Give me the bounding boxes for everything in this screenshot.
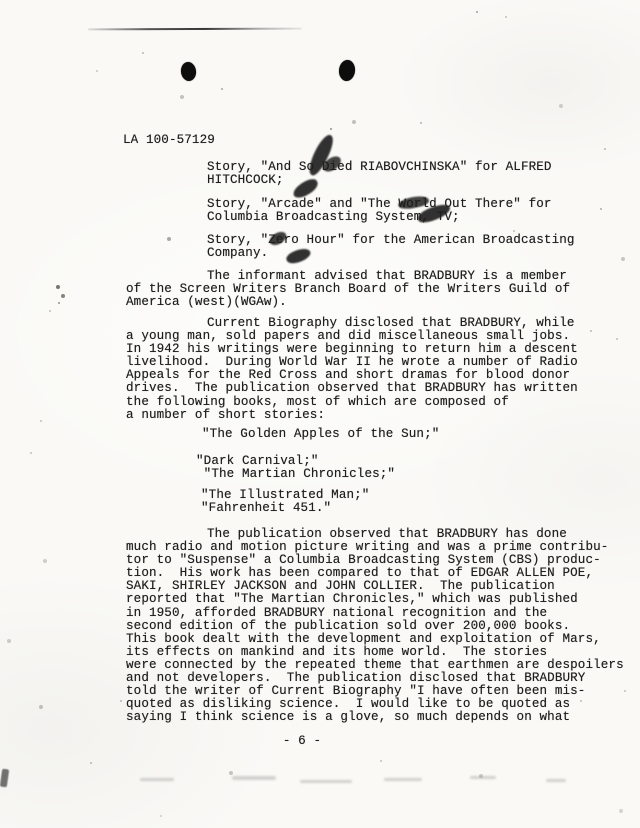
story-credit-item: Story, "And So Died RIABOVCHINSKA" for A… <box>207 161 552 187</box>
scan-smudge-band <box>470 776 496 779</box>
body-paragraph: The publication observed that BRADBURY h… <box>126 528 624 724</box>
hole-punch-dot <box>338 59 356 82</box>
scan-smudge-band <box>546 779 566 782</box>
scan-smudge-band <box>140 778 174 781</box>
hole-punch-dot <box>180 61 197 82</box>
scan-artifact-line <box>88 28 302 31</box>
body-paragraph: Current Biography disclosed that BRADBUR… <box>126 317 578 422</box>
book-list-item: "The Illustrated Man;" "Fahrenheit 451." <box>201 489 369 515</box>
body-paragraph: The informant advised that BRADBURY is a… <box>126 270 570 309</box>
book-list-item: "Dark Carnival;" "The Martian Chronicles… <box>196 455 395 481</box>
story-credit-item: Story, "Zero Hour" for the American Broa… <box>207 234 575 260</box>
scanned-document-page: LA 100-57129 Story, "And So Died RIABOVC… <box>0 0 640 828</box>
story-credit-item: Story, "Arcade" and "The World Out There… <box>207 198 552 224</box>
scan-smudge-band <box>300 780 352 783</box>
scan-smudge-band <box>384 778 422 781</box>
scan-smudge-band <box>232 776 276 780</box>
page-number: - 6 - <box>126 735 478 748</box>
scan-edge-mark <box>0 769 9 788</box>
scan-noise-specks <box>0 0 2 2</box>
file-number: LA 100-57129 <box>123 134 215 147</box>
book-list-item: "The Golden Apples of the Sun;" <box>202 428 439 441</box>
